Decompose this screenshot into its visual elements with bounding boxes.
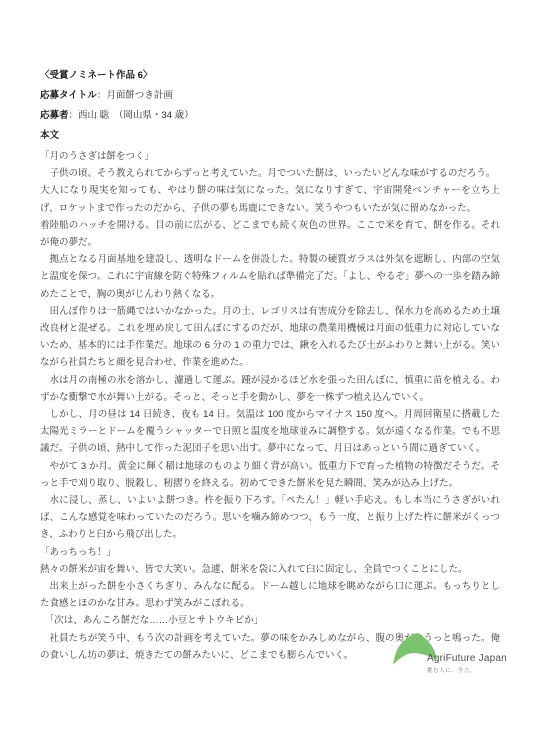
body-paragraph: 「月のうさぎは餅をつく」	[40, 148, 500, 165]
body-paragraph: やがて 3 か月。黄金に輝く稲は地球のものより細く背が高い。低重力下で育った植物…	[40, 458, 500, 492]
body-paragraph: 田んぼ作りは一筋縄ではいかなかった。月の土、レゴリスは有害成分を除去し、保水力を…	[40, 303, 500, 372]
body-paragraph: しかし、月の昼は 14 日続き、夜も 14 日。気温は 100 度からマイナス …	[40, 406, 500, 458]
body-paragraph: 拠点となる月面基地を建設し、透明なドームを併設した。特製の硬質ガラスは外気を遮断…	[40, 251, 500, 303]
entry-title-value: ：月面餅つき計画	[97, 90, 173, 101]
logo-text-block: AgriFuture Japan 挑む人に、全力。	[427, 653, 527, 674]
body-paragraph: 着陸船のハッチを開ける。目の前に広がる、どこまでも続く灰色の世界。ここで米を育て…	[40, 217, 500, 251]
logo-brand-text: AgriFuture Japan	[427, 653, 527, 665]
document-header: 〈受賞ノミネート作品 6〉 応募タイトル：月面餅つき計画 応募者：西山 聡 （岡…	[40, 66, 500, 146]
body-paragraph: 「次は、あんころ餅だな……小豆とサトウキビか」	[40, 612, 500, 629]
nominee-heading: 〈受賞ノミネート作品 6〉	[40, 66, 500, 86]
body-paragraph: 水に浸し、蒸し、いよいよ餅つき。杵を振り下ろす。「ぺたん！」軽い手応え。もし本当…	[40, 492, 500, 544]
document-content: 〈受賞ノミネート作品 6〉 応募タイトル：月面餅つき計画 応募者：西山 聡 （岡…	[40, 66, 500, 664]
document-page: 〈受賞ノミネート作品 6〉 応募タイトル：月面餅つき計画 応募者：西山 聡 （岡…	[0, 0, 536, 751]
body-paragraph: 「あっちっち！」	[40, 544, 500, 561]
agrifuture-logo: AgriFuture Japan 挑む人に、全力。	[393, 630, 528, 685]
body-paragraph: 熱々の餅米が宙を舞い、皆で大笑い。急遽、餅米を袋に入れて臼に固定し、全員でつくこ…	[40, 561, 500, 578]
body-paragraph: 水は月の南極の氷を溶かし、濾過して運ぶ。踵が浸かるほど水を張った田んぼに、慎重に…	[40, 372, 500, 406]
logo-tagline-text: 挑む人に、全力。	[427, 668, 527, 674]
entrant-line: 応募者：西山 聡 （岡山県・34 歳）	[40, 106, 500, 126]
body-heading: 本文	[40, 126, 500, 146]
entrant-value: ：西山 聡 （岡山県・34 歳）	[69, 110, 194, 121]
body-paragraph: 出来上がった餅を小さくちぎり、みんなに配る。ドーム越しに地球を眺めながら口に運ぶ…	[40, 578, 500, 612]
entrant-label: 応募者	[40, 110, 69, 121]
body-paragraph: 子供の頃、そう教えられてからずっと考えていた。月でついた餅は、いったいどんな味が…	[40, 165, 500, 182]
body-paragraph: 大人になり現実を知っても、やはり餅の味は気になった。気になりすぎて、宇宙開発ベン…	[40, 182, 500, 216]
story-body: 「月のうさぎは餅をつく」 子供の頃、そう教えられてからずっと考えていた。月でつい…	[40, 148, 500, 664]
entry-title-label: 応募タイトル	[40, 90, 97, 101]
entry-title-line: 応募タイトル：月面餅つき計画	[40, 86, 500, 106]
